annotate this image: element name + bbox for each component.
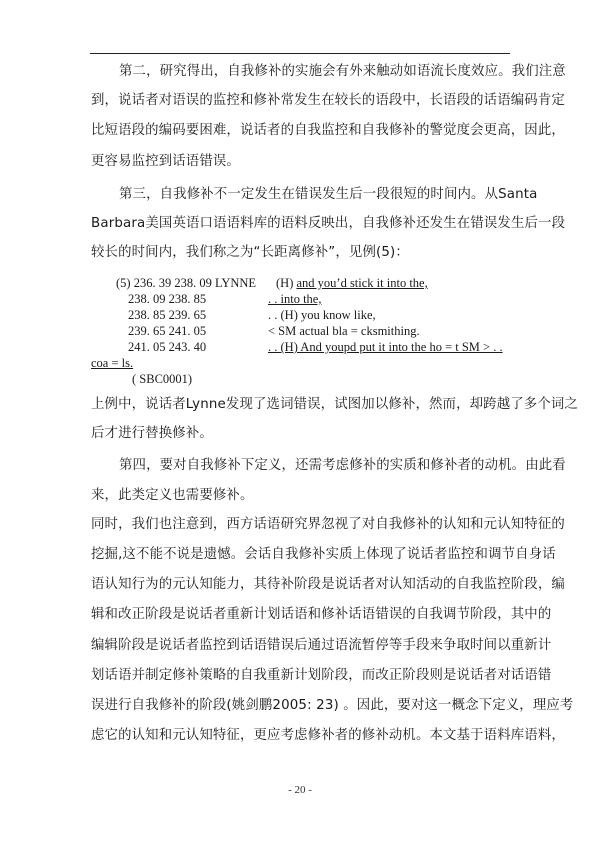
paragraph-2-line-2: 到，说话者对语误的监控和修补常发生在较长的语段中，长语段的话语编码肯定	[91, 92, 565, 110]
document-page: 第二，研究得出，自我修补的实施会有外来触动如语流长度效应。我们注意 到，说话者对…	[0, 0, 600, 850]
paragraph-5-line-6: 划话语并制定修补策略的自我重新计划阶段，而改正阶段则是说话者对话语错	[91, 667, 551, 685]
paragraph-3-line-3: 较长的时间内，我们称之为“长距离修补”，见例(5)：	[91, 244, 409, 262]
paragraph-5-line-1: 同时，我们也注意到，西方话语研究界忽视了对自我修补的认知和元认知特征的	[91, 516, 565, 534]
paragraph-2-line-3: 比短语段的编码要困难，说话者的自我监控和自我修补的警觉度会更高，因此，	[91, 122, 565, 140]
example-row-5-times: 241. 05 243. 40	[128, 340, 206, 354]
paragraph-5-line-3: 语认知行为的元认知能力，其待补阶段是说话者对认知活动的自我监控阶段，编	[91, 576, 565, 594]
example-row-1-times: (5) 236. 39 238. 09 LYNNE	[116, 276, 256, 290]
paragraph-3b-line-2: 后才进行替换修补。	[91, 425, 213, 443]
example-row-2-utterance: . . into the,	[268, 292, 321, 306]
paragraph-4-line-1: 第四，要对自我修补下定义，还需考虑修补的实质和修补者的动机。由此看	[119, 457, 566, 475]
paragraph-5-line-4: 辑和改正阶段是说话者重新计划话语和修补话语错误的自我调节阶段，其中的	[91, 606, 551, 624]
example-row-1-prefix: (H)	[276, 276, 296, 290]
header-rule	[90, 53, 510, 54]
paragraph-3b-line-1: 上例中，说话者Lynne发现了选词错误，试图加以修补，然而，却跨越了多个词之	[91, 396, 578, 414]
example-row-1-utterance: and you’d stick it into the,	[296, 276, 427, 290]
paragraph-2-line-1: 第二，研究得出，自我修补的实施会有外来触动如语流长度效应。我们注意	[119, 63, 566, 81]
example-row-3-times: 238. 85 239. 65	[128, 308, 206, 322]
page-number: - 20 -	[0, 784, 600, 796]
paragraph-5-line-8: 虑它的认知和元认知特征，更应考虑修补者的修补动机。本文基于语料库语料，	[91, 727, 565, 745]
example-continuation: coa = ls.	[91, 356, 133, 370]
example-row-4-times: 239. 65 241. 05	[128, 324, 206, 338]
paragraph-5-line-7: 误进行自我修补的阶段(姚剑鹏2005: 23) 。因此，要对这一概念下定义，理应…	[91, 697, 573, 715]
paragraph-3-line-2: Barbara美国英语口语语料库的语料反映出，自我修补还发生在错误发生后一段	[91, 215, 565, 233]
example-row-3-utterance: . . (H) you know like,	[268, 308, 376, 322]
example-row-5-utterance: . . (H) And youpd put it into the ho = t…	[268, 340, 503, 354]
paragraph-5-line-5: 编辑阶段是说话者监控到话语错误后通过语流暂停等手段来争取时间以重新计	[91, 637, 551, 655]
paragraph-2-line-4: 更容易监控到话语错误。	[91, 153, 240, 171]
paragraph-4-line-2: 来，此类定义也需要修补。	[91, 487, 254, 505]
example-row-2-times: 238. 09 238. 85	[128, 292, 206, 306]
paragraph-5-line-2: 挖掘,这不能不说是遗憾。会话自我修补实质上体现了说话者监控和调节自身话	[91, 546, 556, 564]
example-row-4-utterance: < SM actual bla = cksmithing.	[268, 324, 420, 338]
example-source: ( SBC0001)	[132, 372, 192, 386]
paragraph-3-line-1: 第三，自我修补不一定发生在错误发生后一段很短的时间内。从Santa	[119, 186, 538, 204]
example-row-1-text: (H) and you’d stick it into the,	[276, 276, 428, 290]
